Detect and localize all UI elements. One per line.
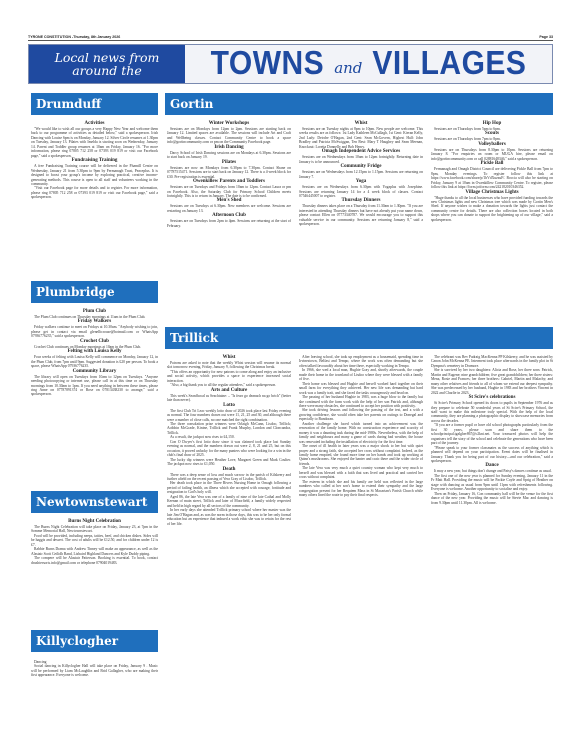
- section-banner: Local news from around the TOWNS and VIL…: [28, 44, 553, 84]
- section-header-killyclogher: Killyclogher: [31, 630, 158, 652]
- banner-word-villages: VILLAGES: [372, 45, 526, 83]
- article-paragraph: Sessions are on Mondays from 12pm to 2pm…: [167, 127, 291, 145]
- article-paragraph: The onset of ill health in later years w…: [299, 444, 423, 466]
- article-paragraph: Social dancing in Killyclogher Hall will…: [31, 664, 158, 677]
- article-paragraph: "This offers an opportunity for new patr…: [167, 370, 291, 383]
- article-paragraph: The lucky dip winners were Heather Love,…: [167, 458, 291, 467]
- article-paragraph: The first one of the new year is planned…: [431, 474, 553, 492]
- article-trillick-col3: The celebrant was Rev Padraig MacKenna P…: [431, 355, 553, 505]
- article-paragraph: She took driving lessons and following t…: [299, 408, 423, 421]
- article-paragraph: Sessions are on Tuesday nights at 8pm to…: [299, 127, 423, 149]
- article-paragraph: Sessions are on Wednesdays from 12.15pm …: [299, 170, 423, 179]
- article-paragraph: Rabbie Burns Drama with Andrew Tinney wi…: [31, 547, 158, 556]
- article-gortin-col2: Whist Sessions are on Tuesday nights at …: [299, 121, 423, 227]
- article-paragraph: After leaving school, she took up employ…: [299, 355, 423, 368]
- article-paragraph: The library will open on Tuesdays from 1…: [31, 375, 158, 397]
- article-paragraph: Aged 86, the late Vera was one of a fami…: [167, 495, 291, 508]
- article-paragraph: In her early days she attended Trillick …: [167, 508, 291, 526]
- article-paragraph: The celebrant was Rev Padraig MacKenna P…: [431, 355, 553, 368]
- article-paragraph: She is survived by her two daughters: Al…: [431, 368, 553, 395]
- article-paragraph: Another challenge she faced which turned…: [299, 422, 423, 444]
- article-paragraph: St Scire's Primary School opened its doo…: [431, 401, 553, 423]
- article-paragraph: The compere will be Alastair Patterson. …: [31, 556, 158, 565]
- article-paragraph: The esteem in which she and his family a…: [299, 480, 423, 498]
- banner-word-and: and: [334, 59, 362, 77]
- article-paragraph: "Huge thanks to all the local businesses…: [431, 196, 553, 223]
- article-paragraph: "Visit our Facebook page for more detail…: [31, 186, 158, 199]
- article-paragraph: Thursday dinners takes place on a Thursd…: [299, 204, 423, 226]
- article-paragraph: Friday walkers continue to meet on Frida…: [31, 325, 158, 338]
- article-paragraph: There was a deep sense of loss and much …: [167, 473, 291, 482]
- section-header-newtownstewart: Newtownstewart: [31, 491, 158, 513]
- article-paragraph: Sessions are on Tuesdays and Fridays fro…: [167, 185, 291, 198]
- article-paragraph: Darcy School of Irish Dancing sessions a…: [167, 151, 291, 160]
- article-newtownstewart: Burns Night Celebration The Burns Night …: [31, 519, 158, 565]
- section-header-plumbridge: Plumbridge: [31, 281, 158, 303]
- page-header-line: TYRONE CONSTITUTION -Thursday, 8th Janua…: [28, 34, 553, 41]
- article-plumbridge: Plum Club The Plum Club continues on Thu…: [31, 309, 158, 397]
- article-paragraph: "Please speak to your former classmates …: [431, 446, 553, 464]
- article-paragraph: A free Fundraising Training course will …: [31, 164, 158, 186]
- article-gortin-col1: Winter Workshops Sessions are on Mondays…: [167, 121, 291, 228]
- article-paragraph: In 1966, she wed a local man, Hughie Gra…: [299, 368, 423, 381]
- article-paragraph: Four weeks of felting with Louisa Kelly …: [31, 355, 158, 368]
- article-trillick-col2: After leaving school, she took up employ…: [299, 355, 423, 498]
- article-paragraph: Sessions are on Wednesdays from 10am to …: [299, 155, 423, 164]
- article-paragraph: "We would like to wish all our groups a …: [31, 127, 158, 158]
- article-paragraph: Sessions are on Wednesdays from 6.30pm w…: [299, 185, 423, 198]
- article-paragraph: Sessions are on Tuesdays at 6.30pm. New …: [167, 204, 291, 213]
- section-header-gortin: Gortin: [165, 93, 553, 115]
- article-killyclogher: Dancing Social dancing in Killyclogher H…: [31, 660, 158, 678]
- article-paragraph: Food will be provided, including neeps, …: [31, 534, 158, 547]
- article-paragraph: Sessions are now on Mondays from 6.30pm …: [167, 166, 291, 179]
- article-paragraph: Patrons are asked to note that the weekl…: [167, 361, 291, 370]
- article-trillick-col1: Whist Patrons are asked to note that the…: [167, 355, 291, 526]
- article-paragraph: Fermanagh and Omagh District Council are…: [431, 167, 553, 189]
- section-header-trillick: Trillick: [165, 327, 553, 349]
- article-paragraph: Her death took place in the Three Rivers…: [167, 481, 291, 494]
- article-paragraph: The three consolation prize winners were…: [167, 422, 291, 435]
- banner-script-line-2: around the: [29, 64, 185, 77]
- banner-title: TOWNS and VILLAGES: [185, 47, 552, 81]
- article-paragraph: "If you are a former pupil or have old s…: [431, 423, 553, 445]
- article-paragraph: This week's Seanfhocal as Seachtaine: – …: [167, 394, 291, 403]
- banner-script-block: Local news from around the: [29, 45, 185, 83]
- article-paragraph: The late Vera was very much a quiet coun…: [299, 466, 423, 479]
- article-paragraph: The first Club Tri Leac weekly lotto dra…: [167, 409, 291, 422]
- article-paragraph: Sessions are on Tuesdays from 2pm to 4pm…: [167, 219, 291, 228]
- article-paragraph: The passing of her husband Hughie in 198…: [299, 395, 423, 408]
- article-paragraph: Sessions are on Thursdays from 8.30pm to…: [431, 148, 553, 161]
- article-paragraph: Their home was blessed and Hughie and he…: [299, 382, 423, 395]
- page-number: Page 33: [539, 35, 553, 40]
- article-paragraph: The Burns Night Celebration will take pl…: [31, 525, 158, 534]
- publication-dateline: TYRONE CONSTITUTION -Thursday, 8th Janua…: [28, 35, 120, 40]
- article-paragraph: Con O Dwyer's first lotto draw since it …: [167, 440, 291, 458]
- article-drumduff: Activities "We would like to wish all ou…: [31, 121, 158, 200]
- banner-word-towns: TOWNS: [211, 45, 325, 83]
- article-gortin-col3: Hip Hop Sessions are on Thursdays from 5…: [431, 121, 553, 222]
- section-header-drumduff: Drumduff: [31, 93, 158, 115]
- article-paragraph: Then on Friday, January 16, Con communit…: [431, 492, 553, 505]
